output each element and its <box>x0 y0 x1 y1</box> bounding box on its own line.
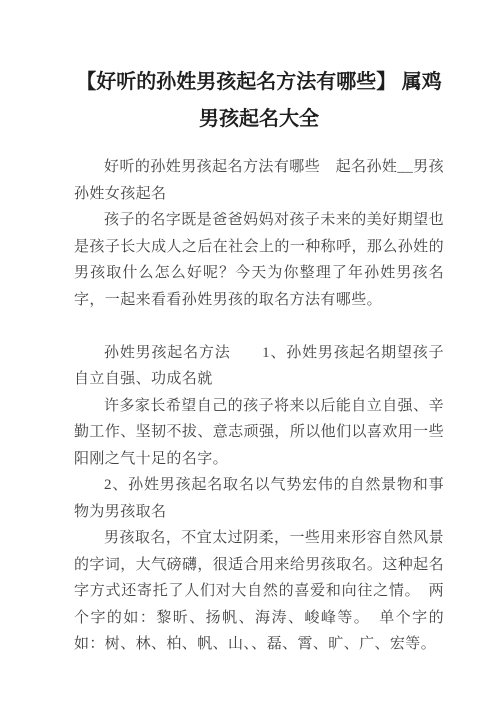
paragraph-method-1-body: 许多家长希望自己的孩子将来以后能自立自强、辛勤工作、坚韧不拔、意志顽强，所以他们… <box>74 393 444 473</box>
paragraph-method-2-heading: 2、孙姓男孩起名取名以气势宏伟的自然景物和事物为男孩取名 <box>74 472 444 525</box>
paragraph-method-2-body: 男孩取名，不宜太过阴柔，一些用来形容自然风景的字词，大气磅礴，很适合用来给男孩取… <box>74 525 444 658</box>
document-page: 【好听的孙姓男孩起名方法有哪些】 属鸡男孩起名大全 好听的孙姓男孩起名方法有哪些… <box>0 0 500 708</box>
paragraph-intro: 孩子的名字既是爸爸妈妈对孩子未来的美好期望也是孩子长大成人之后在社会上的一种称呼… <box>74 207 444 313</box>
document-title: 【好听的孙姓男孩起名方法有哪些】 属鸡男孩起名大全 <box>70 64 448 138</box>
paragraph-keywords: 好听的孙姓男孩起名方法有哪些 起名孙姓__男孩 孙姓女孩起名 <box>74 154 444 207</box>
paragraph-method-1-heading: 孙姓男孩起名方法 1、孙姓男孩起名期望孩子自立自强、功成名就 <box>74 340 444 393</box>
